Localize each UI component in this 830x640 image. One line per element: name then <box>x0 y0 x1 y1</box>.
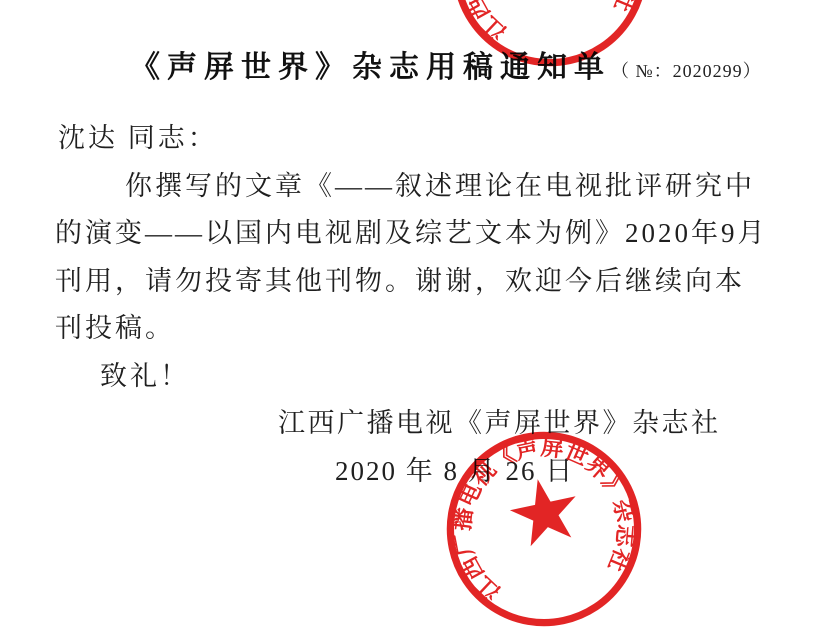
body-line: 刊投稿。 <box>0 305 830 353</box>
date-line: 2020 年 8 月 26 日 <box>0 448 830 496</box>
notice-body: 沈达 同志： 你撰写的文章《——叙述理论在电视批评研究中 的演变——以国内电视剧… <box>0 115 830 495</box>
body-line: 刊用，请勿投寄其他刊物。谢谢，欢迎今后继续向本 <box>0 258 830 306</box>
signature-line: 江西广播电视《声屏世界》杂志社 <box>0 400 830 448</box>
salutation: 沈达 同志： <box>0 115 830 163</box>
closing-salute: 致礼！ <box>0 353 830 401</box>
body-line: 你撰写的文章《——叙述理论在电视批评研究中 <box>0 163 830 211</box>
title-row: 《声屏世界》杂志用稿通知单 （ №：2020299） <box>130 42 762 86</box>
notice-document: 《声屏世界》杂志用稿通知单 （ №：2020299） 沈达 同志： 你撰写的文章… <box>0 0 830 640</box>
issue-number: （ №：2020299） <box>611 57 762 83</box>
notice-title: 《声屏世界》杂志用稿通知单 <box>130 42 611 86</box>
body-line: 的演变——以国内电视剧及综艺文本为例》2020年9月 <box>0 210 830 258</box>
